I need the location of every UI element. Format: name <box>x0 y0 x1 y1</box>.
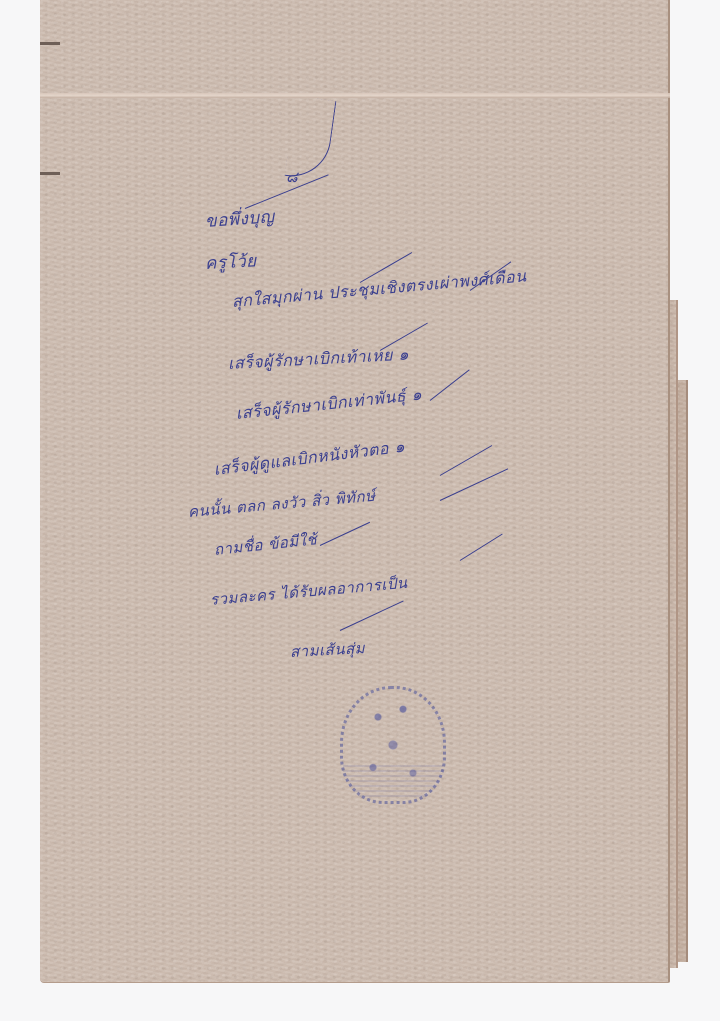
salutation-line: ขอพึ่งบุญ <box>204 203 275 235</box>
edge-tear-mark <box>40 172 60 175</box>
addressee-line: ครูโว้ย <box>204 247 257 277</box>
seal-stamp-icon <box>340 686 446 804</box>
edge-tear-mark <box>40 42 60 45</box>
signature-line: สามเส้นสุ่ม <box>289 636 365 664</box>
page-mark: ๘ <box>286 165 298 189</box>
fold-crease <box>40 93 670 98</box>
